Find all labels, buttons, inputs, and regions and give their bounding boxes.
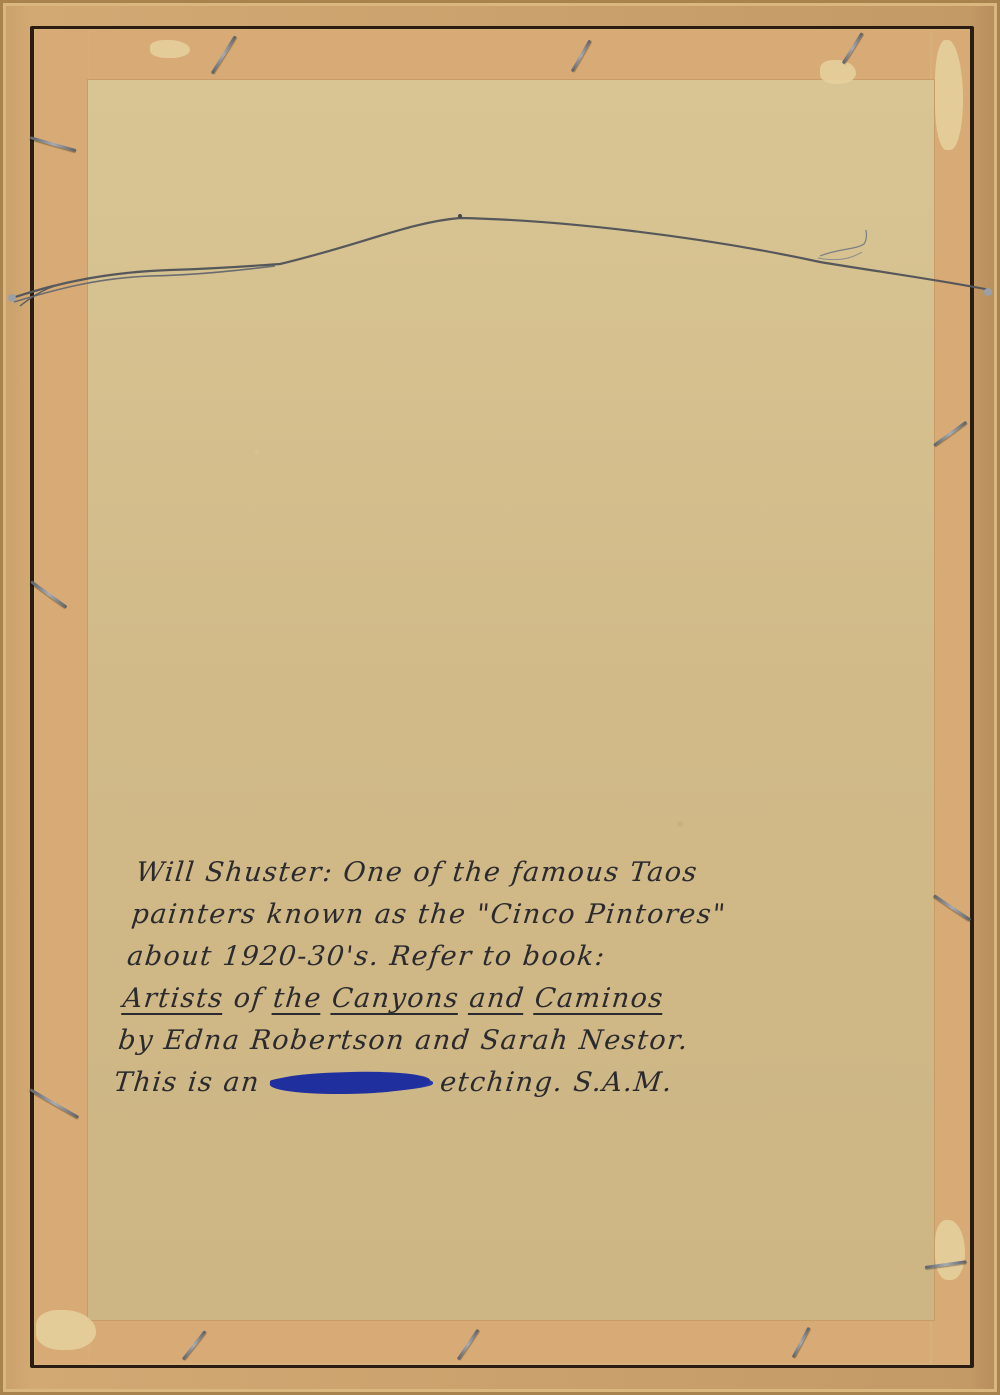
- hanging-wire: [0, 0, 1000, 1395]
- book-title-word: and: [468, 983, 527, 1014]
- wire-anchor-right: [984, 288, 992, 296]
- book-title-word: of: [222, 983, 275, 1014]
- note-line-4-book-title: Artists of the Canyons and Caminos: [121, 978, 885, 1020]
- book-title-word: Canyons: [330, 983, 461, 1014]
- note-text: This is an: [112, 1067, 271, 1098]
- book-title-word: Artists: [121, 983, 225, 1014]
- book-title-word: Caminos: [533, 983, 665, 1014]
- note-line-2: painters known as the "Cinco Pintores": [129, 894, 893, 936]
- note-line-3: about 1920-30's. Refer to book:: [125, 936, 889, 978]
- book-title-word: the: [272, 983, 324, 1014]
- blue-ink-scribble: [269, 1069, 431, 1097]
- note-line-5-authors: by Edna Robertson and Sarah Nestor.: [116, 1020, 880, 1062]
- handwritten-provenance-note: Will Shuster: One of the famous Taos pai…: [112, 852, 898, 1104]
- note-text: etching. S.A.M.: [429, 1067, 675, 1098]
- note-line-1: Will Shuster: One of the famous Taos: [134, 852, 898, 894]
- note-line-6: This is an etching. S.A.M.: [112, 1062, 876, 1104]
- wire-anchor-left: [8, 294, 16, 302]
